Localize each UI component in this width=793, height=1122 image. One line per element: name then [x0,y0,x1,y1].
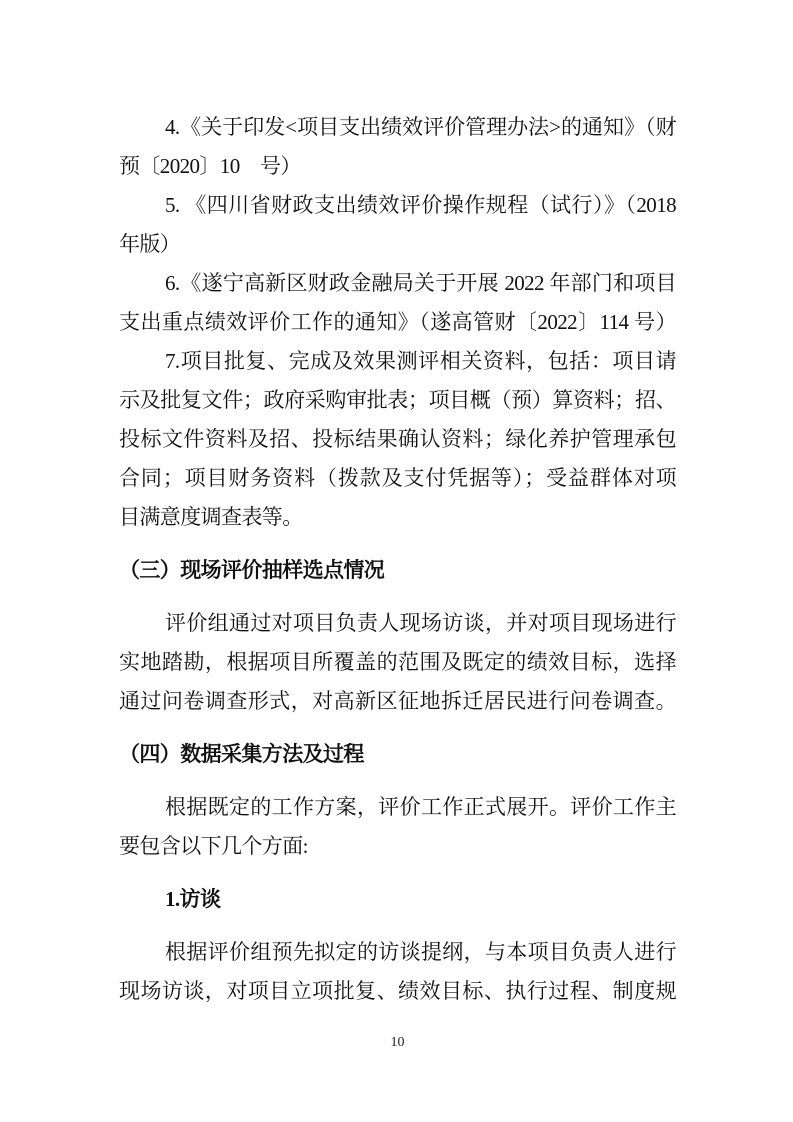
subsection-heading-1: 1.访谈 [119,880,676,919]
text-line: 4.《关于印发<项目支出绩效评价管理办法>的通知》（财 [119,108,676,147]
heading-text: （四）数据采集方法及过程 [119,735,676,774]
text-line: 6.《遂宁高新区财政金融局关于开展 2022 年部门和项目 [119,264,676,303]
ref-item-7: 7.项目批复、完成及效果测评相关资料，包括：项目请示及批复文件；政府采购审批表；… [119,342,676,537]
ref-item-6: 6.《遂宁高新区财政金融局关于开展 2022 年部门和项目支出重点绩效评价工作的… [119,264,676,342]
text-line: 现场访谈，对项目立项批复、绩效目标、执行过程、制度规 [119,972,676,1011]
text-line: 目满意度调查表等。 [119,498,676,537]
section-3-paragraph: 评价组通过对项目负责人现场访谈，并对项目现场进行实地踏勘，根据项目所覆盖的范围及… [119,604,676,721]
text-line: 根据既定的工作方案，评价工作正式展开。评价工作主 [119,788,676,827]
text-line: 实地踏勘，根据项目所覆盖的范围及既定的绩效目标，选择 [119,643,676,682]
text-line: 合同；项目财务资料（拨款及支付凭据等）；受益群体对项 [119,459,676,498]
subsection-1-paragraph: 根据评价组预先拟定的访谈提纲，与本项目负责人进行现场访谈，对项目立项批复、绩效目… [119,933,676,1011]
section-4-paragraph: 根据既定的工作方案，评价工作正式展开。评价工作主要包含以下几个方面: [119,788,676,866]
text-line: 年版） [119,225,676,264]
heading-text: （三）现场评价抽样选点情况 [119,551,676,590]
text-line: 投标文件资料及招、投标结果确认资料；绿化养护管理承包 [119,420,676,459]
text-line: 示及批复文件；政府采购审批表；项目概（预）算资料；招、 [119,381,676,420]
text-line: 评价组通过对项目负责人现场访谈，并对项目现场进行 [119,604,676,643]
text-line: 预〔2020〕10 号） [119,147,676,186]
ref-item-4: 4.《关于印发<项目支出绩效评价管理办法>的通知》（财预〔2020〕10 号） [119,108,676,186]
text-line: 5. 《四川省财政支出绩效评价操作规程（试行）》（2018 [119,186,676,225]
text-line: 要包含以下几个方面: [119,827,676,866]
section-heading-3: （三）现场评价抽样选点情况 [119,551,676,590]
text-line: 7.项目批复、完成及效果测评相关资料，包括：项目请 [119,342,676,381]
document-page: 4.《关于印发<项目支出绩效评价管理办法>的通知》（财预〔2020〕10 号）5… [0,0,793,1122]
heading-text: 1.访谈 [119,880,676,919]
section-heading-4: （四）数据采集方法及过程 [119,735,676,774]
ref-item-5: 5. 《四川省财政支出绩效评价操作规程（试行）》（2018年版） [119,186,676,264]
page-number: 10 [119,1033,676,1053]
text-line: 通过问卷调查形式，对高新区征地拆迁居民进行问卷调查。 [119,682,676,721]
document-body: 4.《关于印发<项目支出绩效评价管理办法>的通知》（财预〔2020〕10 号）5… [119,108,676,1011]
text-line: 根据评价组预先拟定的访谈提纲，与本项目负责人进行 [119,933,676,972]
text-line: 支出重点绩效评价工作的通知》（遂高管财〔2022〕114 号） [119,303,676,342]
